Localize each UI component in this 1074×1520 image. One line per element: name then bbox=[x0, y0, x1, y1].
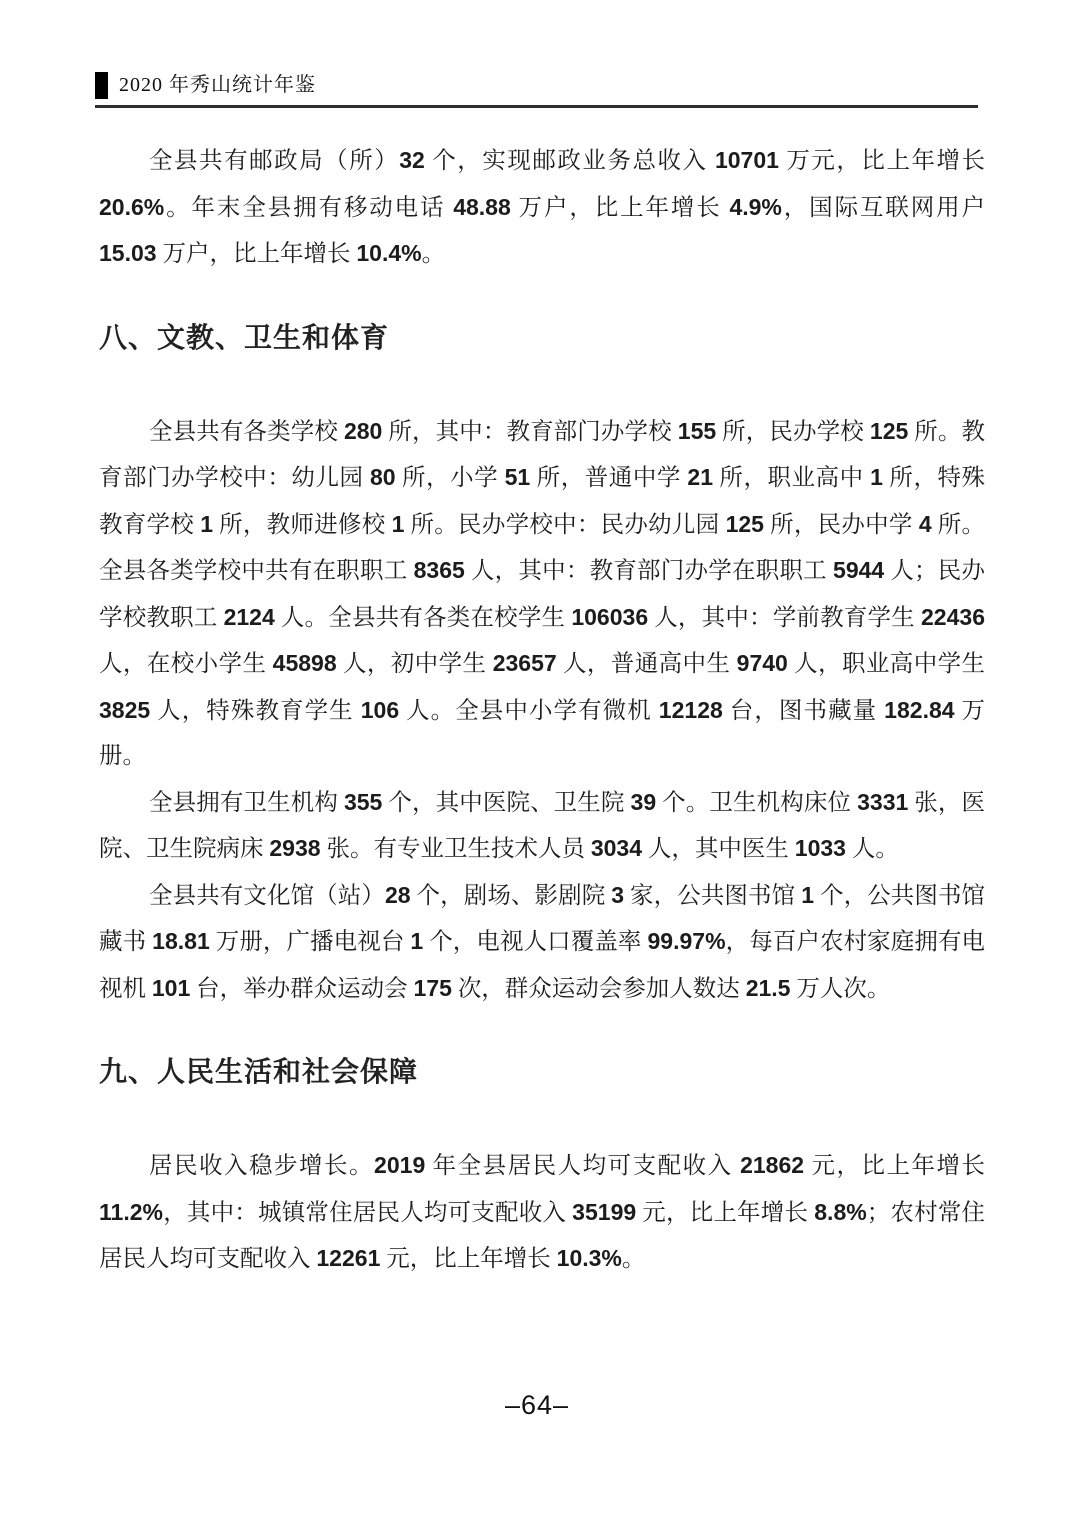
header-title: 2020 年秀山统计年鉴 bbox=[119, 72, 316, 99]
body-text-run: 个，实现邮政业务总收入 bbox=[425, 148, 715, 174]
body-text-run: 人。全县共有各类在校学生 bbox=[275, 605, 572, 631]
body-text-run: 人，职业高中学生 bbox=[788, 651, 985, 677]
statistic-value: 2019 bbox=[374, 1152, 425, 1178]
statistic-value: 21.5 bbox=[746, 975, 791, 1001]
body-text-run: 居民收入稳步增长。 bbox=[149, 1153, 374, 1179]
statistic-value: 15.03 bbox=[99, 240, 157, 266]
statistic-value: 125 bbox=[726, 511, 764, 537]
body-text-run: 全县共有邮政局（所） bbox=[149, 148, 399, 174]
statistic-value: 99.97% bbox=[647, 928, 725, 954]
paragraph-culture-sports: 全县共有文化馆（站）28 个，剧场、影剧院 3 家，公共图书馆 1 个，公共图书… bbox=[99, 873, 985, 1013]
body-text-run: 个。卫生机构床位 bbox=[656, 790, 857, 816]
statistic-value: 2938 bbox=[269, 835, 320, 861]
statistic-value: 80 bbox=[370, 464, 396, 490]
paragraph-postal-telecom: 全县共有邮政局（所）32 个，实现邮政业务总收入 10701 万元，比上年增长 … bbox=[99, 138, 985, 278]
statistic-value: 106036 bbox=[571, 604, 648, 630]
body-text-run: 万人次。 bbox=[790, 976, 890, 1002]
body-text-run: 元，比上年增长 bbox=[636, 1200, 814, 1226]
statistic-value: 18.81 bbox=[152, 928, 210, 954]
body-text-run: 人，其中医生 bbox=[642, 836, 795, 862]
body-text-run: 所，民办学校 bbox=[716, 419, 870, 445]
page-number: –64– bbox=[505, 1390, 569, 1420]
statistic-value: 2124 bbox=[224, 604, 275, 630]
statistic-value: 3331 bbox=[857, 789, 908, 815]
body-text-run: 全县共有文化馆（站） bbox=[149, 883, 385, 909]
document-page: 2020 年秀山统计年鉴 全县共有邮政局（所）32 个，实现邮政业务总收入 10… bbox=[0, 0, 1074, 1520]
statistic-value: 3034 bbox=[591, 835, 642, 861]
body-text-run: 所，其中：教育部门办学校 bbox=[382, 419, 677, 445]
statistic-value: 3 bbox=[611, 882, 624, 908]
body-text-run: 万户，比上年增长 bbox=[511, 195, 730, 221]
statistic-value: 35199 bbox=[572, 1199, 636, 1225]
statistic-value: 20.6% bbox=[99, 194, 164, 220]
statistic-value: 3825 bbox=[99, 697, 150, 723]
body-text-run: 年全县居民人均可支配收入 bbox=[425, 1153, 740, 1179]
body-text-run: 全县拥有卫生机构 bbox=[149, 790, 344, 816]
statistic-value: 22436 bbox=[921, 604, 985, 630]
statistic-value: 21 bbox=[687, 464, 713, 490]
body-text-run: 人。 bbox=[846, 836, 899, 862]
statistic-value: 106 bbox=[361, 697, 399, 723]
statistic-value: 175 bbox=[414, 975, 452, 1001]
statistic-value: 4.9% bbox=[729, 194, 781, 220]
page-footer: –64– bbox=[0, 1390, 1074, 1421]
statistic-value: 1 bbox=[410, 928, 423, 954]
statistic-value: 11.2% bbox=[99, 1199, 163, 1225]
statistic-value: 9740 bbox=[737, 650, 788, 676]
statistic-value: 32 bbox=[399, 147, 425, 173]
statistic-value: 1 bbox=[392, 511, 405, 537]
body-text-run: 人，特殊教育学生 bbox=[150, 698, 361, 724]
body-text-run: 人，其中：学前教育学生 bbox=[648, 605, 921, 631]
body-text-run: 所，职业高中 bbox=[713, 465, 870, 491]
body-text-run: 个，其中医院、卫生院 bbox=[382, 790, 630, 816]
body-text-run: 全县共有各类学校 bbox=[149, 419, 344, 445]
statistic-value: 280 bbox=[344, 418, 382, 444]
statistic-value: 51 bbox=[505, 464, 531, 490]
body-text-run: 所，教师进修校 bbox=[213, 512, 392, 538]
page-content: 全县共有邮政局（所）32 个，实现邮政业务总收入 10701 万元，比上年增长 … bbox=[99, 138, 985, 1283]
statistic-value: 1033 bbox=[795, 835, 846, 861]
body-text-run: ，国际互联网用户 bbox=[782, 195, 985, 221]
paragraph-resident-income: 居民收入稳步增长。2019 年全县居民人均可支配收入 21862 元，比上年增长… bbox=[99, 1143, 985, 1283]
statistic-value: 1 bbox=[200, 511, 213, 537]
statistic-value: 5944 bbox=[833, 557, 884, 583]
body-text-run: 元，比上年增长 bbox=[804, 1153, 985, 1179]
body-text-run: 所，普通中学 bbox=[530, 465, 687, 491]
body-text-run: 人，初中学生 bbox=[337, 651, 493, 677]
body-text-run: 张。有专业卫生技术人员 bbox=[321, 836, 591, 862]
paragraph-health: 全县拥有卫生机构 355 个，其中医院、卫生院 39 个。卫生机构床位 3331… bbox=[99, 780, 985, 873]
body-text-run: 所。民办学校中：民办幼儿园 bbox=[404, 512, 725, 538]
paragraph-education: 全县共有各类学校 280 所，其中：教育部门办学校 155 所，民办学校 125… bbox=[99, 409, 985, 780]
statistic-value: 12261 bbox=[316, 1245, 380, 1271]
statistic-value: 10.4% bbox=[356, 240, 421, 266]
body-text-run: 万元，比上年增长 bbox=[779, 148, 985, 174]
statistic-value: 39 bbox=[631, 789, 657, 815]
statistic-value: 21862 bbox=[740, 1152, 804, 1178]
body-text-run: 家，公共图书馆 bbox=[624, 883, 801, 909]
statistic-value: 125 bbox=[870, 418, 908, 444]
body-text-run: 所，小学 bbox=[396, 465, 505, 491]
body-text-run: ，其中：城镇常住居民人均可支配收入 bbox=[163, 1200, 572, 1226]
statistic-value: 45898 bbox=[273, 650, 337, 676]
body-text-run: 万册，广播电视台 bbox=[210, 929, 411, 955]
statistic-value: 1 bbox=[801, 882, 814, 908]
body-text-run: 。 bbox=[422, 241, 446, 267]
statistic-value: 1 bbox=[870, 464, 883, 490]
statistic-value: 28 bbox=[385, 882, 411, 908]
body-text-run: 万户，比上年增长 bbox=[157, 241, 357, 267]
section-heading-livelihood-social-security: 九、人民生活和社会保障 bbox=[99, 1055, 985, 1089]
statistic-value: 101 bbox=[152, 975, 190, 1001]
body-text-run: 人，其中：教育部门办学在职职工 bbox=[465, 558, 833, 584]
body-text-run: 个，电视人口覆盖率 bbox=[423, 929, 647, 955]
body-text-run: 。年末全县拥有移动电话 bbox=[164, 195, 453, 221]
statistic-value: 10701 bbox=[715, 147, 779, 173]
statistic-value: 10.3% bbox=[557, 1245, 622, 1271]
section-heading-education-health-sports: 八、文教、卫生和体育 bbox=[99, 321, 985, 355]
body-text-run: 个，剧场、影剧院 bbox=[411, 883, 612, 909]
statistic-value: 355 bbox=[344, 789, 382, 815]
statistic-value: 48.88 bbox=[453, 194, 511, 220]
body-text-run: 台，图书藏量 bbox=[723, 698, 884, 724]
body-text-run: 人，普通高中生 bbox=[557, 651, 737, 677]
body-text-run: 人，在校小学生 bbox=[99, 651, 273, 677]
statistic-value: 12128 bbox=[659, 697, 723, 723]
body-text-run: 所，民办中学 bbox=[764, 512, 919, 538]
statistic-value: 8.8% bbox=[814, 1199, 866, 1225]
statistic-value: 182.84 bbox=[884, 697, 954, 723]
statistic-value: 155 bbox=[678, 418, 716, 444]
body-text-run: 元，比上年增长 bbox=[380, 1246, 556, 1272]
statistic-value: 4 bbox=[919, 511, 932, 537]
statistic-value: 8365 bbox=[414, 557, 465, 583]
body-text-run: 次，群众运动会参加人数达 bbox=[452, 976, 746, 1002]
body-text-run: 台，举办群众运动会 bbox=[190, 976, 413, 1002]
page-header: 2020 年秀山统计年鉴 bbox=[95, 72, 978, 108]
body-text-run: 。 bbox=[622, 1246, 646, 1272]
statistic-value: 23657 bbox=[493, 650, 557, 676]
body-text-run: 人。全县中小学有微机 bbox=[399, 698, 659, 724]
header-marker-icon bbox=[95, 72, 108, 99]
